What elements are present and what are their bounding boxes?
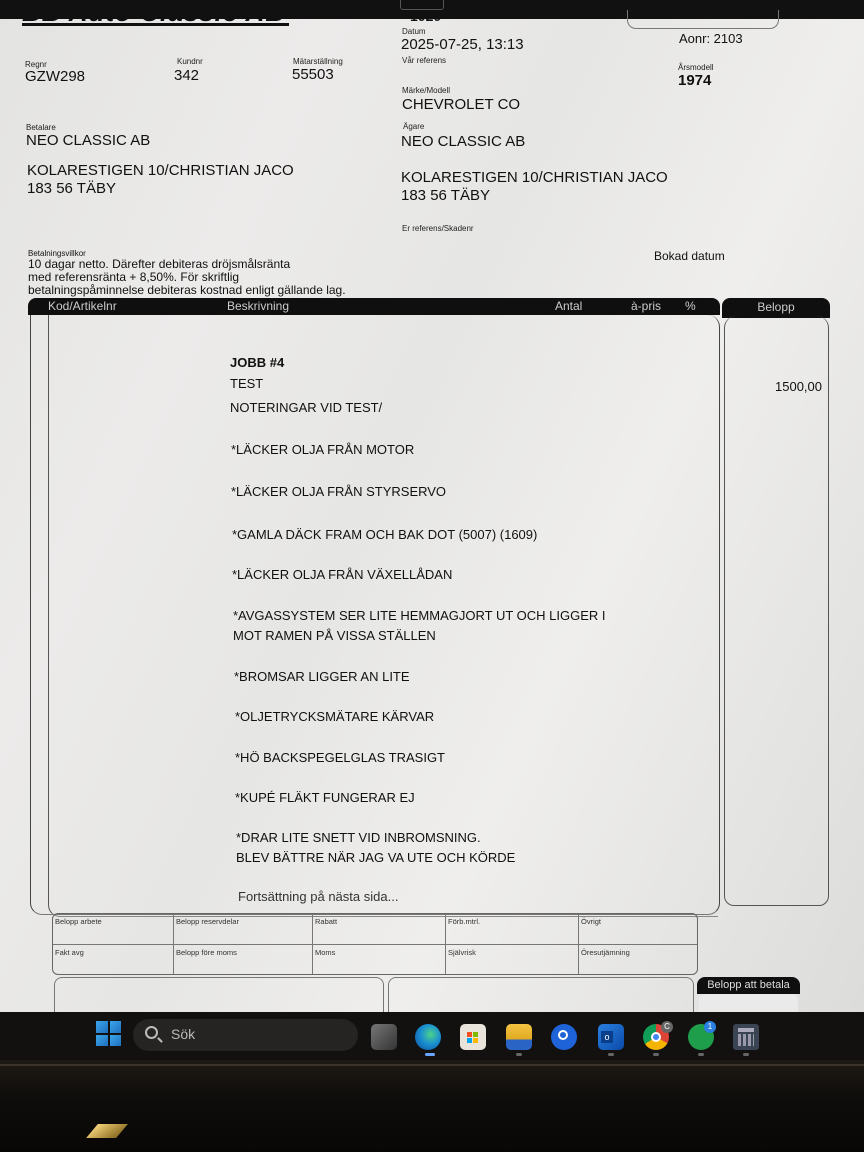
payer-address-line2: 183 56 TÄBY	[27, 180, 294, 198]
calculator-icon[interactable]	[733, 1024, 759, 1050]
description-line: BLEV BÄTTRE NÄR JAG VA UTE OCH KÖRDE	[236, 850, 515, 865]
summary-belopp-arbete: Belopp arbete	[53, 914, 174, 945]
col-kod: Kod/Artikelnr	[48, 299, 117, 313]
explorer-indicator	[516, 1053, 522, 1056]
col-procent: %	[685, 299, 696, 313]
chrome-indicator	[653, 1053, 659, 1056]
store-icon[interactable]	[460, 1024, 486, 1050]
regnr-value: GZW298	[25, 68, 85, 85]
description-line: *BROMSAR LIGGER AN LITE	[234, 669, 410, 684]
aonr: Aonr: 2103	[679, 31, 743, 46]
row-belopp: 1500,00	[775, 379, 822, 394]
description-line: NOTERINGAR VID TEST/	[230, 400, 382, 415]
payer-address: KOLARESTIGEN 10/CHRISTIAN JACO 183 56 TÄ…	[27, 162, 294, 198]
col-belopp: Belopp	[722, 298, 830, 318]
page-number-partial: 1020	[410, 14, 441, 22]
whatsapp-badge: 1	[704, 1021, 716, 1033]
summary-belopp-fore-moms: Belopp före moms	[174, 945, 313, 975]
summary-moms: Moms	[313, 945, 446, 975]
outlook-indicator	[608, 1053, 614, 1056]
bottom-box-mid	[388, 977, 694, 1012]
description-line: *GAMLA DÄCK FRAM OCH BAK DOT (5007) (160…	[232, 527, 537, 542]
summary-grid: Belopp arbete Belopp reservdelar Rabatt …	[52, 913, 698, 975]
summary-rabatt: Rabatt	[313, 914, 446, 945]
summary-forb-mtrl: Förb.mtrl.	[446, 914, 579, 945]
folder-icon[interactable]	[506, 1024, 532, 1050]
bezel-edge	[0, 1064, 864, 1066]
owner-label: Ägare	[403, 122, 424, 131]
summary-sjalvrisk: Självrisk	[446, 945, 579, 975]
summary-fakt-avg: Fakt avg	[53, 945, 174, 975]
aonr-box-value: 1020	[628, 10, 778, 17]
bottom-box-left	[54, 977, 384, 1012]
description-line: *OLJETRYCKSMÄTARE KÄRVAR	[235, 709, 434, 724]
description-line: JOBB #4	[230, 355, 284, 370]
edge-icon[interactable]	[415, 1024, 441, 1050]
matarstallning-label: Mätarställning	[293, 57, 343, 66]
summary-belopp-reservdelar: Belopp reservdelar	[174, 914, 313, 945]
col-antal: Antal	[555, 299, 582, 313]
search-icon	[145, 1026, 158, 1039]
er-referens-label: Er referens/Skadenr	[402, 224, 474, 233]
kundnr-label: Kundnr	[177, 57, 203, 66]
belopp-att-betala-value	[699, 994, 798, 1012]
col-a-pris: à-pris	[631, 299, 661, 313]
description-line: *KUPÉ FLÄKT FUNGERAR EJ	[235, 790, 415, 805]
toolbar-button[interactable]	[400, 0, 444, 10]
owner-address-line1: KOLARESTIGEN 10/CHRISTIAN JACO	[401, 169, 668, 187]
search-placeholder: Sök	[171, 1026, 195, 1042]
kundnr-value: 342	[174, 67, 199, 84]
description-line: *DRAR LITE SNETT VID INBROMSNING.	[236, 830, 481, 845]
owner-name: NEO CLASSIC AB	[401, 133, 525, 150]
description-line: MOT RAMEN PÅ VISSA STÄLLEN	[233, 628, 436, 643]
belopp-att-betala-label: Belopp att betala	[697, 977, 800, 994]
items-table-header: Kod/Artikelnr Beskrivning Antal à-pris %	[28, 298, 720, 315]
description-line: *HÖ BACKSPEGELGLAS TRASIGT	[235, 750, 445, 765]
monitor-bezel	[0, 1060, 864, 1152]
chrome-profile-badge: C	[661, 1021, 673, 1033]
payment-terms-line3: betalningspåminnelse debiteras kostnad e…	[28, 284, 358, 297]
payer-address-line1: KOLARESTIGEN 10/CHRISTIAN JACO	[27, 162, 294, 180]
outlook-icon[interactable]: o	[598, 1024, 624, 1050]
col-beskrivning: Beskrivning	[227, 299, 289, 313]
payment-terms: Betalningsvillkor 10 dagar netto. Däreft…	[28, 249, 358, 297]
whatsapp-indicator	[698, 1053, 704, 1056]
task-view-icon[interactable]	[371, 1024, 397, 1050]
description-line: *AVGASSYSTEM SER LITE HEMMAGJORT UT OCH …	[233, 608, 606, 623]
matarstallning-value: 55503	[292, 66, 334, 83]
summary-ovrigt: Övrigt	[579, 914, 697, 945]
company-name: BB Auto Classic AB	[22, 6, 289, 26]
owner-address: KOLARESTIGEN 10/CHRISTIAN JACO 183 56 TÄ…	[401, 169, 668, 205]
description-line: *LÄCKER OLJA FRÅN MOTOR	[231, 442, 414, 457]
aonr-box: 1020	[627, 10, 779, 29]
arsmodell-label: Årsmodell	[678, 63, 714, 72]
windows-start-icon[interactable]	[96, 1021, 121, 1046]
arsmodell-value: 1974	[678, 72, 711, 89]
taskbar-search[interactable]: Sök	[133, 1019, 358, 1051]
calculator-indicator	[743, 1053, 749, 1056]
description-line: *LÄCKER OLJA FRÅN STYRSERVO	[231, 484, 446, 499]
datum-label: Datum	[402, 27, 426, 36]
datum-value: 2025-07-25, 13:13	[401, 36, 524, 53]
belopp-column	[724, 316, 829, 906]
payer-label: Betalare	[26, 123, 56, 132]
continuation-note: Fortsättning på nästa sida...	[238, 889, 398, 904]
document-viewer-screen: BB Auto Classic AB 1020 1020 Aonr: 2103 …	[0, 0, 864, 1012]
var-referens-label: Vår referens	[402, 56, 446, 65]
marke-modell-value: CHEVROLET CO	[402, 96, 520, 113]
summary-oresutjamning: Öresutjämning	[579, 945, 697, 975]
payer-name: NEO CLASSIC AB	[26, 132, 150, 149]
magnifier-app-icon[interactable]	[551, 1024, 577, 1050]
edge-active-indicator	[425, 1053, 435, 1056]
marke-modell-label: Märke/Modell	[402, 86, 450, 95]
description-line: *LÄCKER OLJA FRÅN VÄXELLÅDAN	[232, 567, 452, 582]
description-line: TEST	[230, 376, 263, 391]
bokad-datum-label: Bokad datum	[654, 249, 725, 263]
owner-address-line2: 183 56 TÄBY	[401, 187, 668, 205]
